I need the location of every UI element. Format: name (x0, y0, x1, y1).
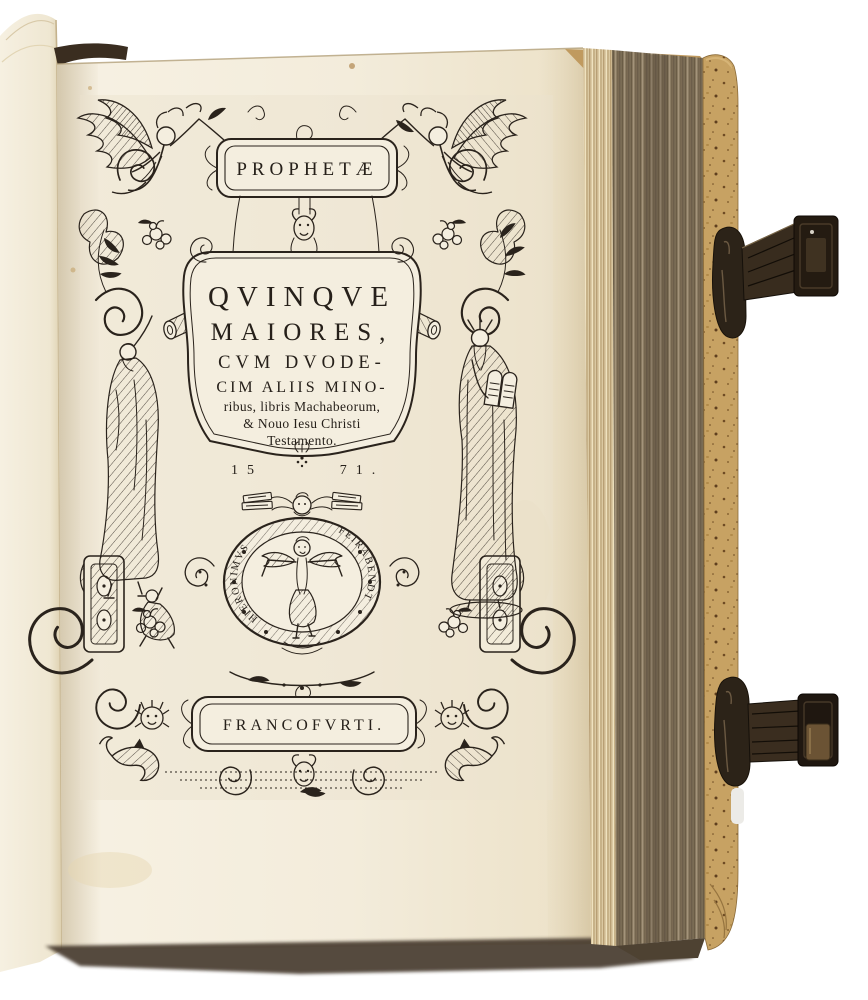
imprint-label: FRANCOFVRTI. (223, 717, 385, 734)
book-stack-right (332, 492, 362, 509)
title-line-1: QVINQVE (208, 281, 396, 313)
previous-leaf (0, 14, 62, 972)
title-line-3: CVM DVODE- (218, 353, 386, 373)
book-photograph: PROPHETÆ QVINQVE MAIORES, CVM DVODE- CIM… (0, 0, 868, 1000)
title-line-2: MAIORES, (211, 319, 394, 346)
foxing-spot (349, 63, 355, 69)
woodcut-title-border: PROPHETÆ QVINQVE MAIORES, CVM DVODE- CIM… (21, 95, 584, 800)
background-gap (731, 788, 744, 824)
title-line-4: CIM ALIIS MINO- (216, 379, 387, 396)
tablets-of-law (484, 370, 518, 409)
title-line-5: ribus, libris Machabeorum, (224, 399, 381, 414)
title-line-6: & Nouo Iesu Christi (243, 416, 360, 431)
book-stack-left (242, 492, 272, 509)
date-left: 15 (231, 463, 263, 478)
header-cartouche-label: PROPHETÆ (236, 159, 377, 180)
title-panel: QVINQVE MAIORES, CVM DVODE- CIM ALIIS MI… (183, 235, 420, 456)
text-block-fore-edge (583, 48, 705, 960)
date-right: 71. (340, 463, 385, 478)
